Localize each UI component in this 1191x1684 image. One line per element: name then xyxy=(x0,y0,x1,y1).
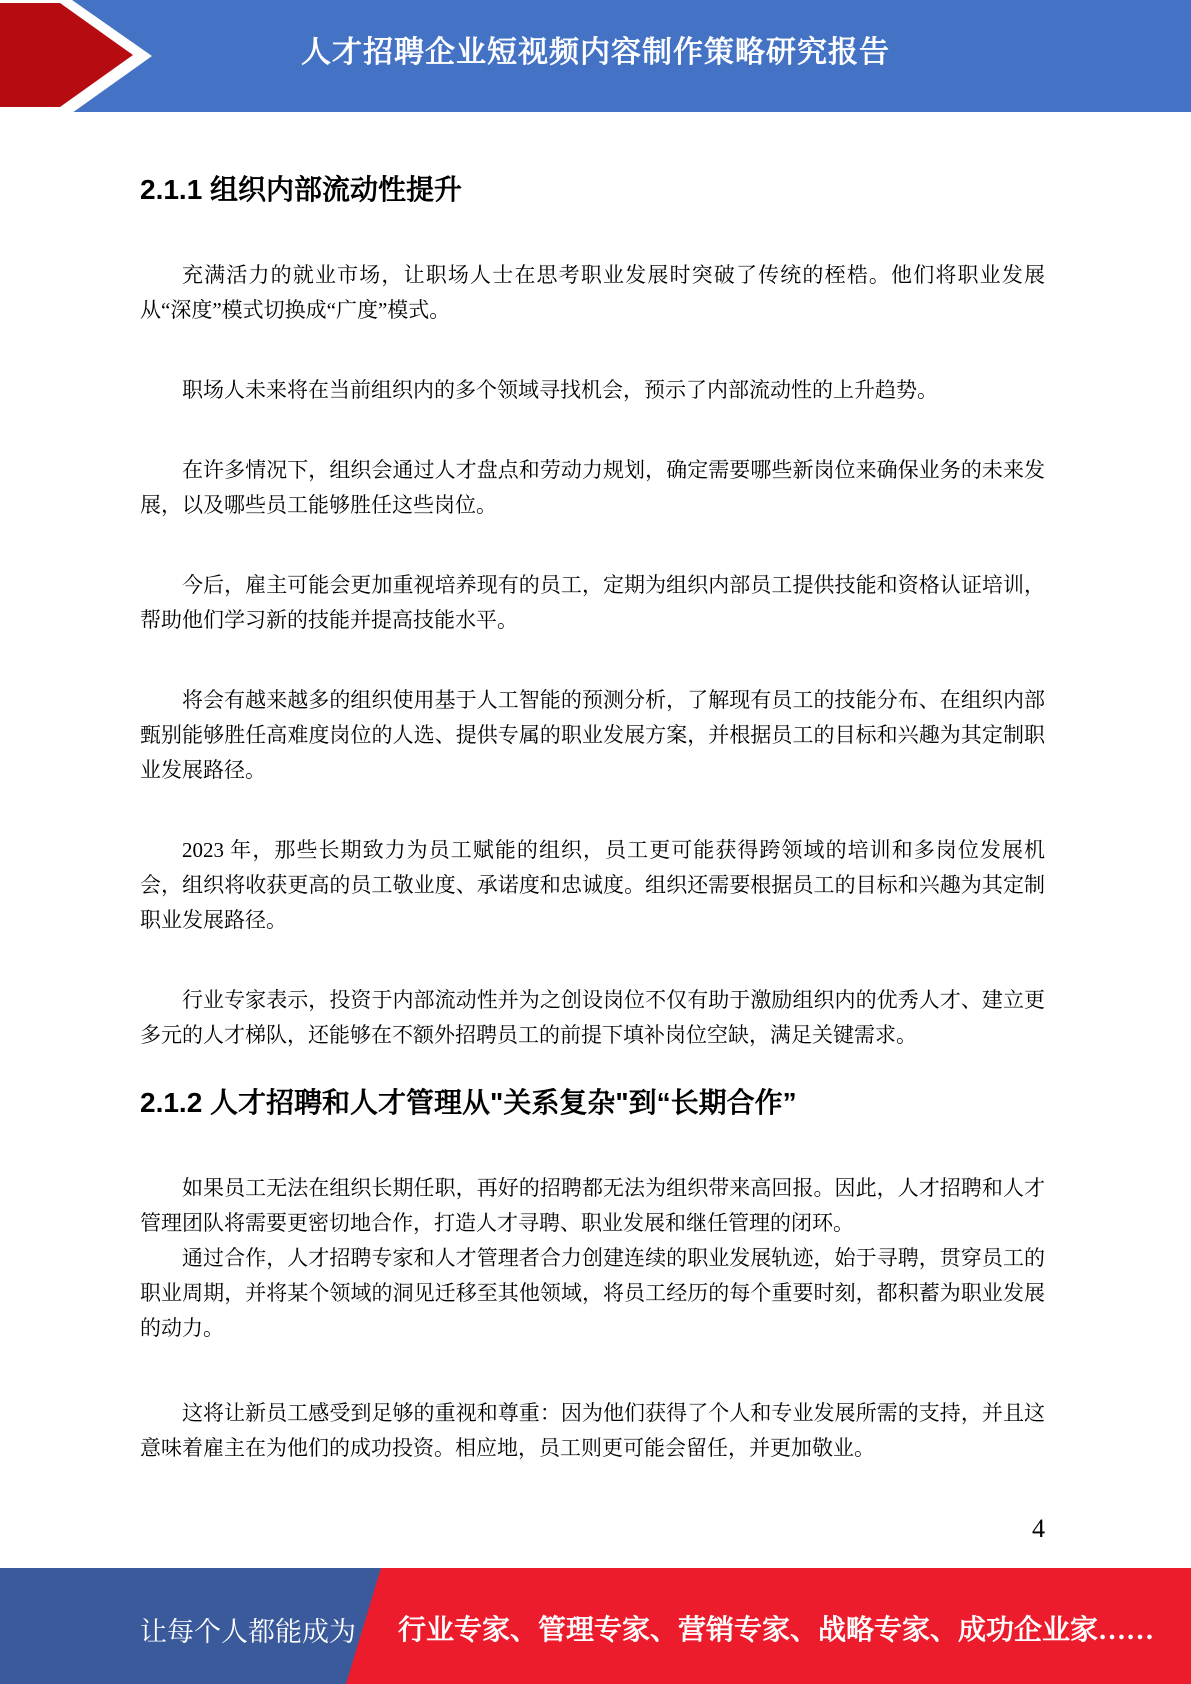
section-heading-2-1-2: 2.1.2 人才招聘和人才管理从"关系复杂"到“长期合作” xyxy=(140,1083,1045,1123)
section-heading-2-1-1: 2.1.1 组织内部流动性提升 xyxy=(140,170,1045,210)
report-page: { "colors": { "header_blue": "#4472c4", … xyxy=(0,0,1191,1684)
document-body: 2.1.1 组织内部流动性提升 充满活力的就业市场，让职场人士在思考职业发展时突… xyxy=(0,112,1191,1546)
footer-banner: 让每个人都能成为 行业专家、管理专家、营销专家、战略专家、成功企业家…… xyxy=(0,1568,1191,1684)
footer-slogan-left: 让每个人都能成为 xyxy=(140,1618,356,1646)
paragraph: 今后，雇主可能会更加重视培养现有的员工，定期为组织内部员工提供技能和资格认证培训… xyxy=(140,568,1045,638)
paragraph: 2023 年，那些长期致力为员工赋能的组织，员工更可能获得跨领域的培训和多岗位发… xyxy=(140,833,1045,938)
paragraph: 如果员工无法在组织长期任职，再好的招聘都无法为组织带来高回报。因此，人才招聘和人… xyxy=(140,1171,1045,1241)
paragraph: 将会有越来越多的组织使用基于人工智能的预测分析，了解现有员工的技能分布、在组织内… xyxy=(140,683,1045,788)
paragraph: 在许多情况下，组织会通过人才盘点和劳动力规划，确定需要哪些新岗位来确保业务的未来… xyxy=(140,453,1045,523)
paragraph: 行业专家表示，投资于内部流动性并为之创设岗位不仅有助于激励组织内的优秀人才、建立… xyxy=(140,983,1045,1053)
report-title: 人才招聘企业短视频内容制作策略研究报告 xyxy=(301,27,890,71)
chevron-right-icon xyxy=(0,3,133,110)
paragraph: 职场人未来将在当前组织内的多个领域寻找机会，预示了内部流动性的上升趋势。 xyxy=(140,373,1045,408)
page-number: 4 xyxy=(140,1511,1045,1546)
paragraph: 通过合作，人才招聘专家和人才管理者合力创建连续的职业发展轨迹，始于寻聘，贯穿员工… xyxy=(140,1241,1045,1346)
paragraph: 这将让新员工感受到足够的重视和尊重：因为他们获得了个人和专业发展所需的支持，并且… xyxy=(140,1396,1045,1466)
paragraph: 充满活力的就业市场，让职场人士在思考职业发展时突破了传统的桎梏。他们将职业发展从… xyxy=(140,258,1045,328)
footer-slogan-right: 行业专家、管理专家、营销专家、战略专家、成功企业家…… xyxy=(398,1616,1154,1646)
header-banner: 人才招聘企业短视频内容制作策略研究报告 xyxy=(0,0,1191,112)
